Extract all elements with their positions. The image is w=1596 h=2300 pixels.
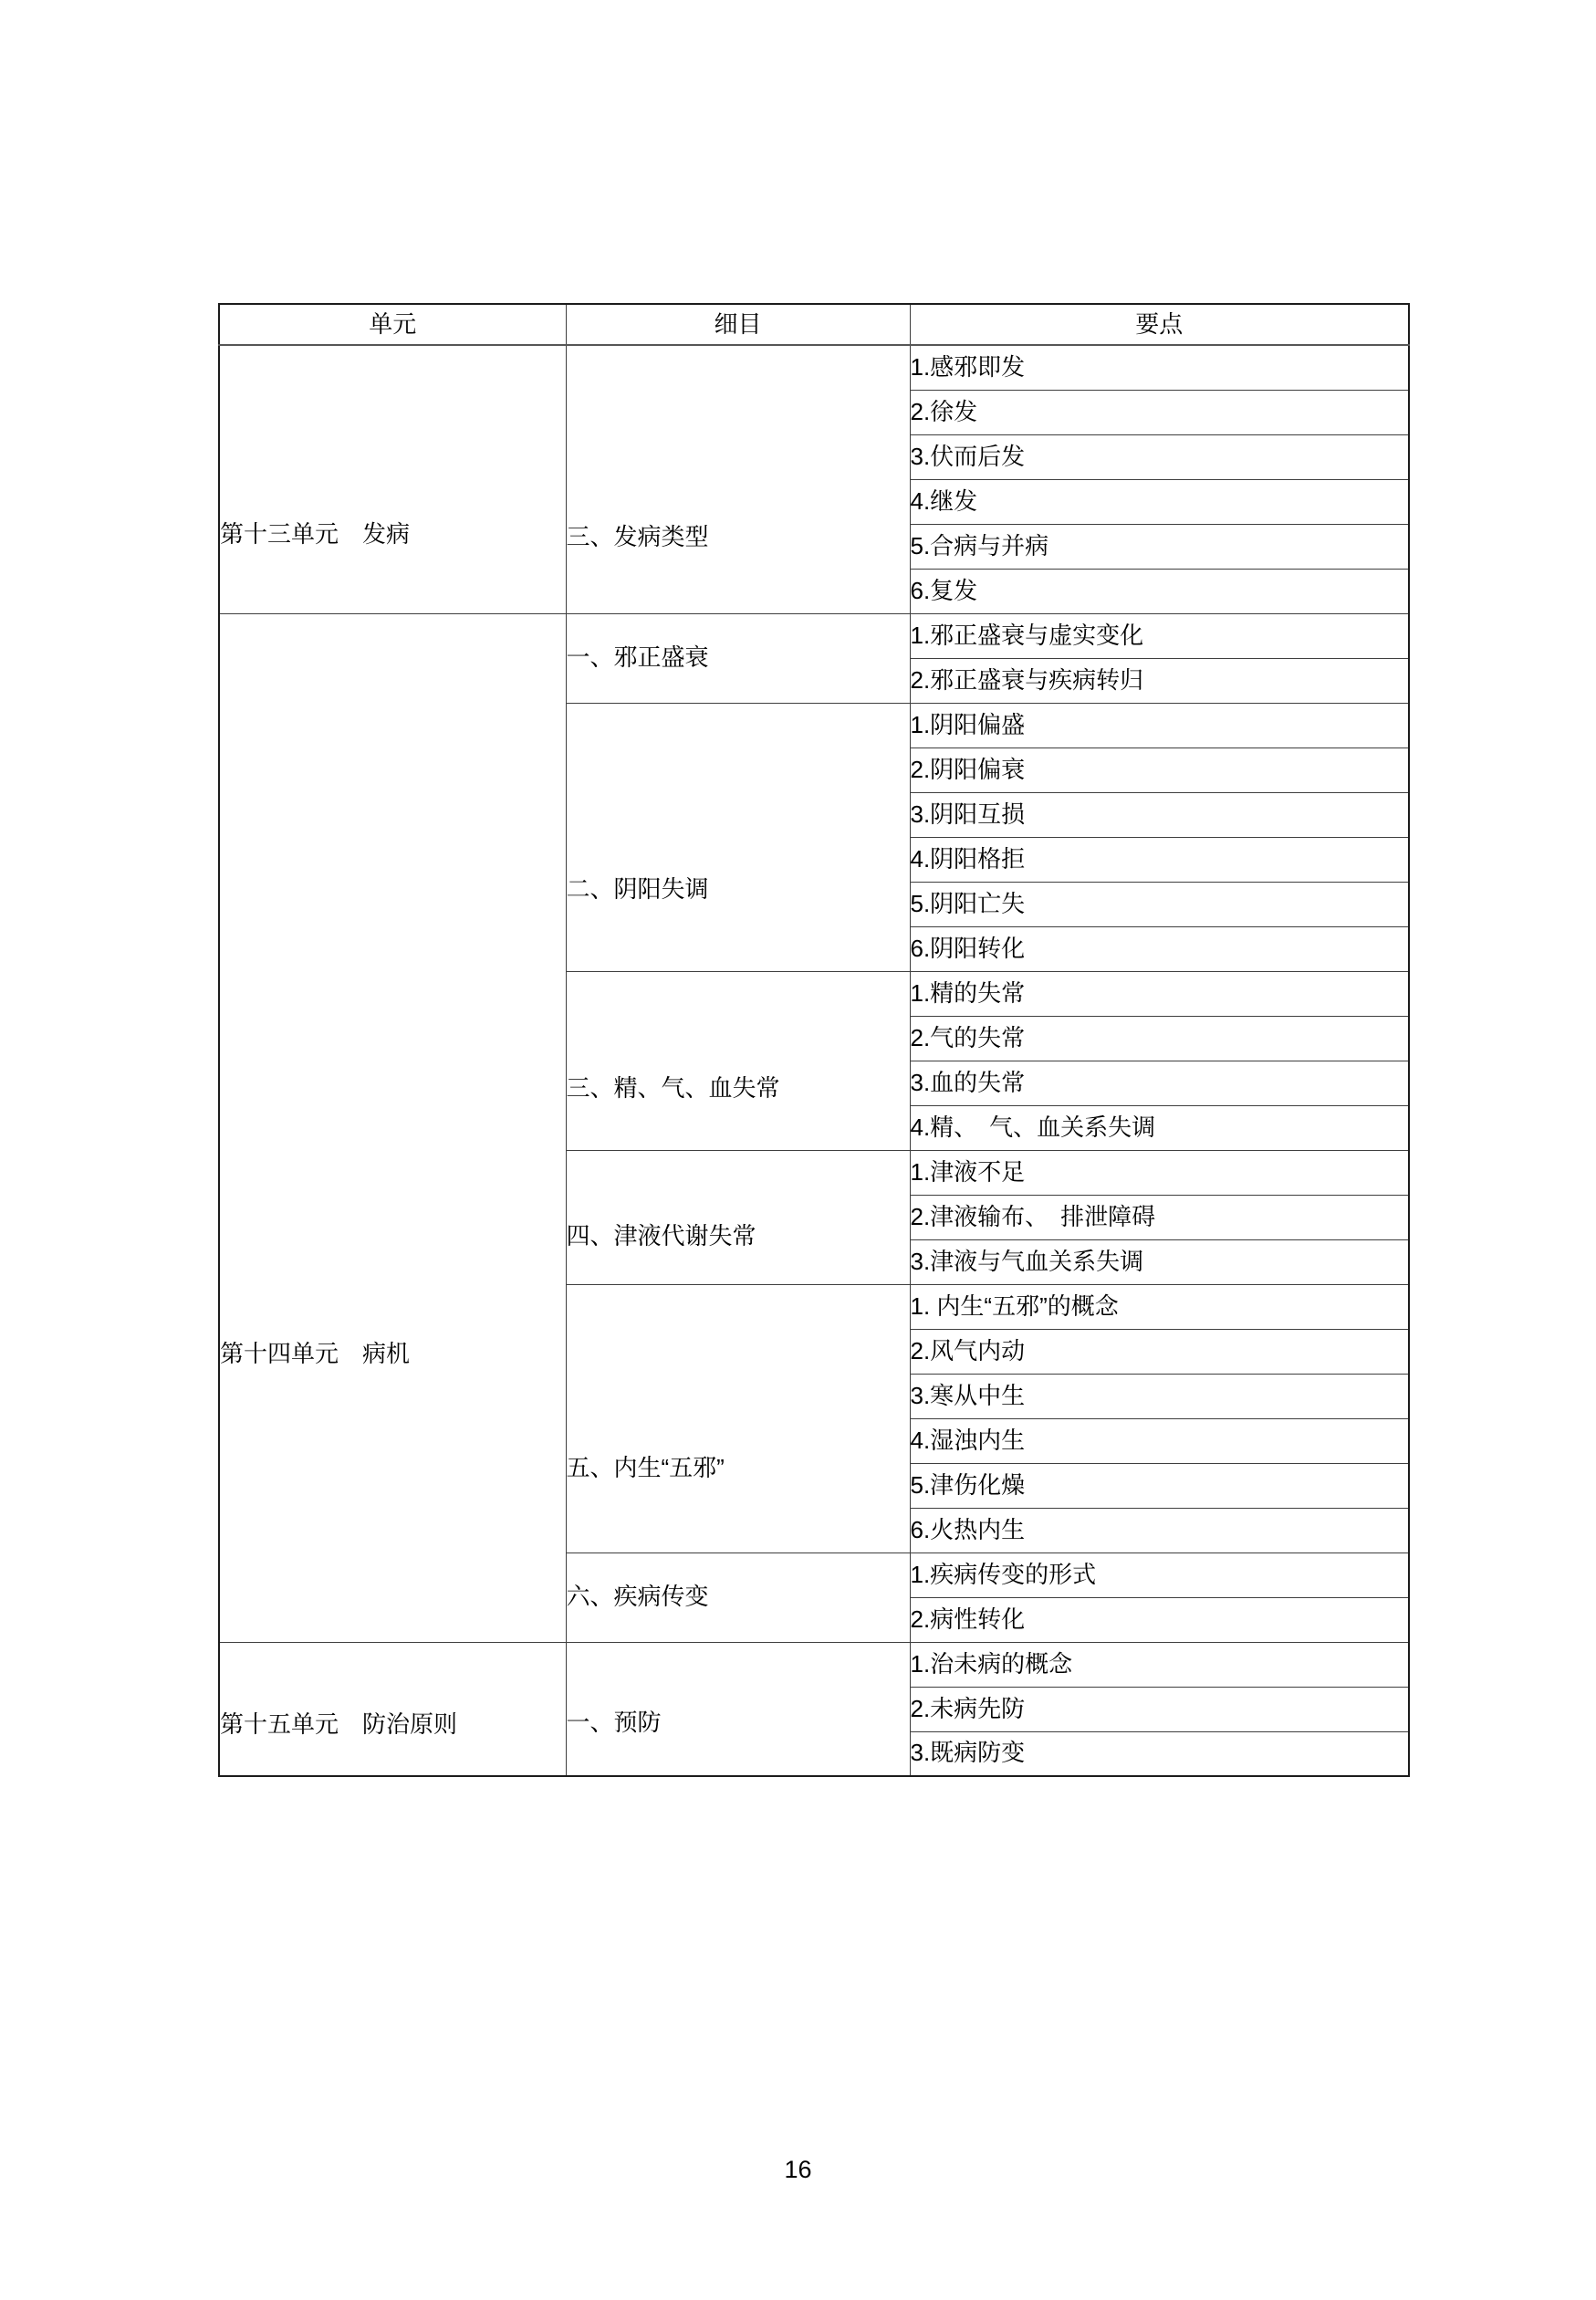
point-cell: 2.阴阳偏衰	[910, 747, 1409, 792]
syllabus-table: 单元 细目 要点 第十三单元 发病三、发病类型1.感邪即发2.徐发3.伏而后发4…	[218, 303, 1410, 1777]
point-cell: 2.未病先防	[910, 1687, 1409, 1731]
page-number: 16	[0, 2156, 1596, 2184]
point-cell: 3.阴阳互损	[910, 792, 1409, 837]
unit-cell: 第十五单元 防治原则	[219, 1642, 566, 1776]
point-cell: 3.血的失常	[910, 1061, 1409, 1105]
point-cell: 2.津液输布、 排泄障碍	[910, 1195, 1409, 1239]
detail-cell: 一、预防	[566, 1642, 910, 1776]
detail-cell: 三、精、气、血失常	[566, 971, 910, 1150]
point-cell: 6.火热内生	[910, 1508, 1409, 1552]
column-header-unit: 单元	[219, 304, 566, 345]
table-row: 第十五单元 防治原则一、预防1.治未病的概念	[219, 1642, 1409, 1687]
point-cell: 1.感邪即发	[910, 345, 1409, 390]
point-cell: 1.阴阳偏盛	[910, 703, 1409, 747]
detail-cell: 四、津液代谢失常	[566, 1150, 910, 1284]
point-cell: 3.寒从中生	[910, 1374, 1409, 1418]
detail-cell: 六、疾病传变	[566, 1552, 910, 1642]
column-header-points: 要点	[910, 304, 1409, 345]
point-cell: 2.气的失常	[910, 1016, 1409, 1061]
point-cell: 3.伏而后发	[910, 434, 1409, 479]
point-cell: 3.既病防变	[910, 1731, 1409, 1776]
point-cell: 6.阴阳转化	[910, 926, 1409, 971]
point-cell: 1.疾病传变的形式	[910, 1552, 1409, 1597]
table-header-row: 单元 细目 要点	[219, 304, 1409, 345]
point-cell: 4.精、 气、血关系失调	[910, 1105, 1409, 1150]
point-cell: 4.继发	[910, 479, 1409, 524]
document-page: 单元 细目 要点 第十三单元 发病三、发病类型1.感邪即发2.徐发3.伏而后发4…	[0, 0, 1596, 2300]
unit-cell: 第十四单元 病机	[219, 613, 566, 1642]
point-cell: 2.风气内动	[910, 1329, 1409, 1374]
point-cell: 2.病性转化	[910, 1597, 1409, 1642]
column-header-detail: 细目	[566, 304, 910, 345]
point-cell: 5.津伤化燥	[910, 1463, 1409, 1508]
point-cell: 6.复发	[910, 569, 1409, 613]
point-cell: 3.津液与气血关系失调	[910, 1239, 1409, 1284]
point-cell: 5.阴阳亡失	[910, 882, 1409, 926]
point-cell: 1. 内生“五邪”的概念	[910, 1284, 1409, 1329]
point-cell: 1.津液不足	[910, 1150, 1409, 1195]
point-cell: 1.治未病的概念	[910, 1642, 1409, 1687]
table-row: 第十三单元 发病三、发病类型1.感邪即发	[219, 345, 1409, 390]
detail-cell: 一、邪正盛衰	[566, 613, 910, 703]
unit-cell: 第十三单元 发病	[219, 345, 566, 613]
table-row: 第十四单元 病机一、邪正盛衰1.邪正盛衰与虚实变化	[219, 613, 1409, 658]
detail-cell: 二、阴阳失调	[566, 703, 910, 971]
point-cell: 4.湿浊内生	[910, 1418, 1409, 1463]
point-cell: 4.阴阳格拒	[910, 837, 1409, 882]
point-cell: 1.精的失常	[910, 971, 1409, 1016]
point-cell: 1.邪正盛衰与虚实变化	[910, 613, 1409, 658]
point-cell: 5.合病与并病	[910, 524, 1409, 569]
point-cell: 2.邪正盛衰与疾病转归	[910, 658, 1409, 703]
detail-cell: 五、内生“五邪”	[566, 1284, 910, 1552]
point-cell: 2.徐发	[910, 390, 1409, 434]
detail-cell: 三、发病类型	[566, 345, 910, 613]
